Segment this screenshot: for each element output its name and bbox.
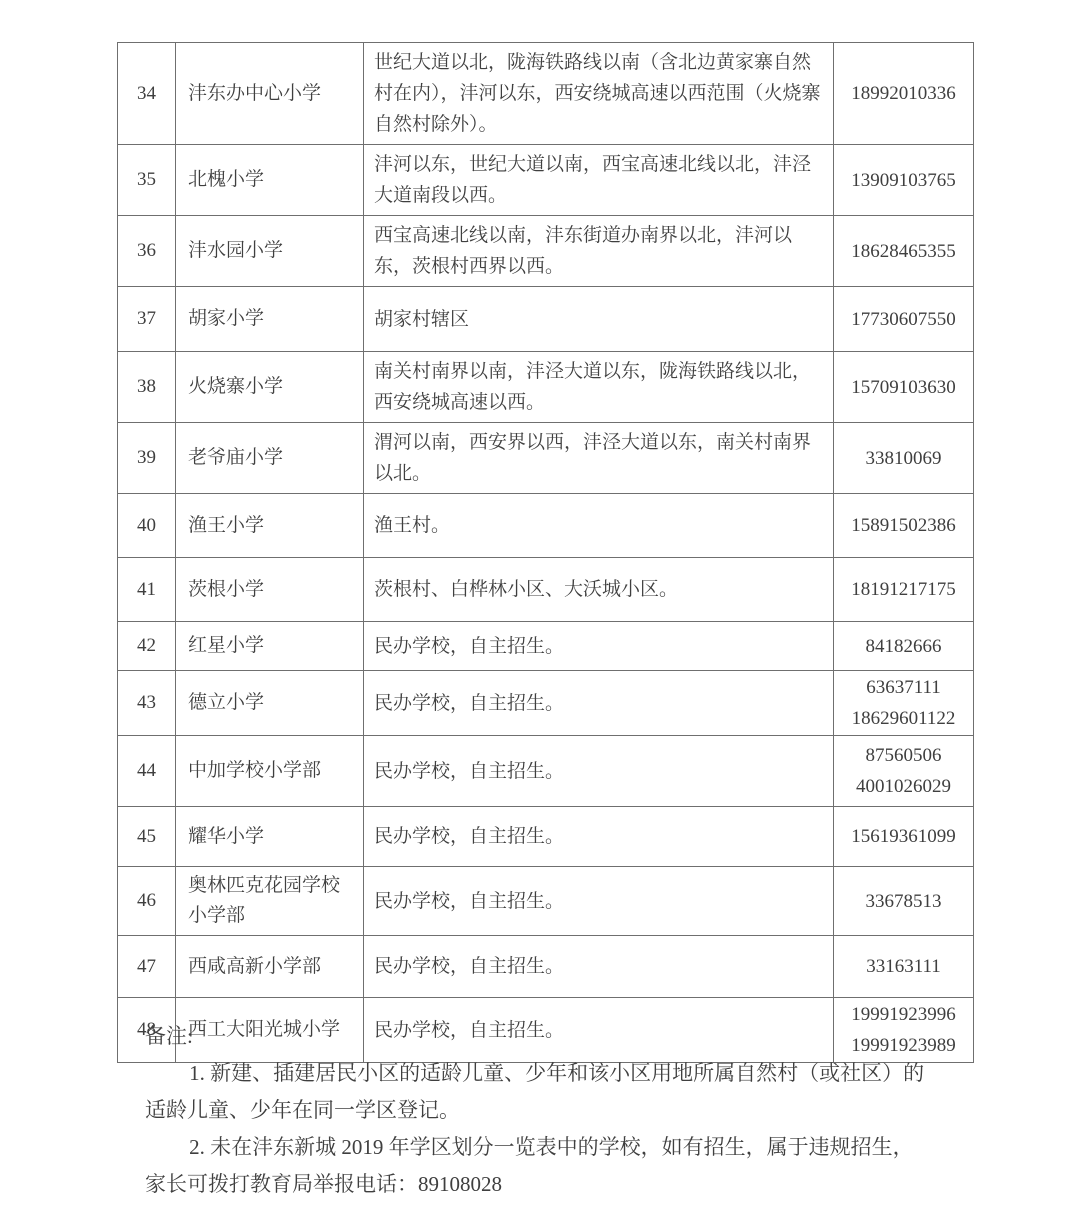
school-name-cell: 沣东办中心小学 xyxy=(176,43,364,145)
phone-number: 15709103630 xyxy=(835,372,972,403)
phone-cell: 13909103765 xyxy=(834,145,974,216)
district-scope-cell: 民办学校，自主招生。 xyxy=(364,807,834,867)
table-row: 47西咸高新小学部民办学校，自主招生。33163111 xyxy=(118,936,974,998)
phone-cell: 875605064001026029 xyxy=(834,736,974,807)
row-number-cell: 46 xyxy=(118,867,176,936)
district-scope-cell: 沣河以东，世纪大道以南，西宝高速北线以北，沣泾大道南段以西。 xyxy=(364,145,834,216)
school-name-cell: 火烧寨小学 xyxy=(176,352,364,423)
notes-section: 备注: 1. 新建、插建居民小区的适龄儿童、少年和该小区用地所属自然村（或社区）… xyxy=(145,1018,927,1203)
school-name-cell: 北槐小学 xyxy=(176,145,364,216)
table-row: 40渔王小学渔王村。15891502386 xyxy=(118,494,974,558)
phone-number: 13909103765 xyxy=(835,165,972,196)
district-scope-cell: 世纪大道以北，陇海铁路线以南（含北边黄家寨自然村在内），沣河以东，西安绕城高速以… xyxy=(364,43,834,145)
phone-number: 18992010336 xyxy=(835,78,972,109)
phone-cell: 18992010336 xyxy=(834,43,974,145)
district-scope-cell: 南关村南界以南，沣泾大道以东，陇海铁路线以北，西安绕城高速以西。 xyxy=(364,352,834,423)
phone-cell: 33163111 xyxy=(834,936,974,998)
school-name-cell: 胡家小学 xyxy=(176,287,364,352)
phone-number: 87560506 xyxy=(835,740,972,771)
row-number-cell: 45 xyxy=(118,807,176,867)
table-row: 46奥林匹克花园学校小学部民办学校，自主招生。33678513 xyxy=(118,867,974,936)
table-row: 37胡家小学胡家村辖区17730607550 xyxy=(118,287,974,352)
phone-number: 4001026029 xyxy=(835,771,972,802)
phone-cell: 15891502386 xyxy=(834,494,974,558)
school-name-cell: 德立小学 xyxy=(176,671,364,736)
district-scope-cell: 民办学校，自主招生。 xyxy=(364,622,834,671)
table-row: 42红星小学民办学校，自主招生。84182666 xyxy=(118,622,974,671)
school-table-body: 34沣东办中心小学世纪大道以北，陇海铁路线以南（含北边黄家寨自然村在内），沣河以… xyxy=(118,43,974,1063)
school-name-cell: 中加学校小学部 xyxy=(176,736,364,807)
document-page: 34沣东办中心小学世纪大道以北，陇海铁路线以南（含北边黄家寨自然村在内），沣河以… xyxy=(0,0,1080,1227)
phone-number: 18191217175 xyxy=(835,574,972,605)
table-row: 43德立小学民办学校，自主招生。6363711118629601122 xyxy=(118,671,974,736)
school-district-table: 34沣东办中心小学世纪大道以北，陇海铁路线以南（含北边黄家寨自然村在内），沣河以… xyxy=(117,42,974,1063)
phone-cell: 18191217175 xyxy=(834,558,974,622)
phone-cell: 33678513 xyxy=(834,867,974,936)
table-row: 41茨根小学茨根村、白桦林小区、大沃城小区。18191217175 xyxy=(118,558,974,622)
school-name-cell: 西咸高新小学部 xyxy=(176,936,364,998)
district-scope-cell: 胡家村辖区 xyxy=(364,287,834,352)
district-scope-cell: 民办学校，自主招生。 xyxy=(364,936,834,998)
school-name-cell: 渔王小学 xyxy=(176,494,364,558)
notes-title: 备注: xyxy=(145,1018,927,1055)
note-item: 1. 新建、插建居民小区的适龄儿童、少年和该小区用地所属自然村（或社区）的适龄儿… xyxy=(145,1055,927,1129)
row-number-cell: 39 xyxy=(118,423,176,494)
phone-number: 84182666 xyxy=(835,631,972,662)
school-name-cell: 沣水园小学 xyxy=(176,216,364,287)
district-scope-cell: 茨根村、白桦林小区、大沃城小区。 xyxy=(364,558,834,622)
district-scope-cell: 渔王村。 xyxy=(364,494,834,558)
table-row: 36沣水园小学西宝高速北线以南，沣东街道办南界以北，沣河以东，茨根村西界以西。1… xyxy=(118,216,974,287)
table-row: 44中加学校小学部民办学校，自主招生。875605064001026029 xyxy=(118,736,974,807)
district-scope-cell: 渭河以南，西安界以西，沣泾大道以东，南关村南界以北。 xyxy=(364,423,834,494)
district-scope-cell: 民办学校，自主招生。 xyxy=(364,671,834,736)
note-item: 2. 未在沣东新城 2019 年学区划分一览表中的学校，如有招生，属于违规招生，… xyxy=(145,1129,927,1203)
school-name-cell: 奥林匹克花园学校小学部 xyxy=(176,867,364,936)
row-number-cell: 37 xyxy=(118,287,176,352)
row-number-cell: 43 xyxy=(118,671,176,736)
row-number-cell: 36 xyxy=(118,216,176,287)
phone-number: 33810069 xyxy=(835,443,972,474)
table-row: 45耀华小学民办学校，自主招生。15619361099 xyxy=(118,807,974,867)
phone-number: 18628465355 xyxy=(835,236,972,267)
phone-cell: 18628465355 xyxy=(834,216,974,287)
district-scope-cell: 民办学校，自主招生。 xyxy=(364,736,834,807)
phone-cell: 33810069 xyxy=(834,423,974,494)
row-number-cell: 34 xyxy=(118,43,176,145)
phone-number: 15891502386 xyxy=(835,510,972,541)
phone-cell: 15709103630 xyxy=(834,352,974,423)
row-number-cell: 41 xyxy=(118,558,176,622)
table-row: 35北槐小学沣河以东，世纪大道以南，西宝高速北线以北，沣泾大道南段以西。1390… xyxy=(118,145,974,216)
school-name-cell: 耀华小学 xyxy=(176,807,364,867)
phone-cell: 84182666 xyxy=(834,622,974,671)
school-name-cell: 老爷庙小学 xyxy=(176,423,364,494)
phone-cell: 6363711118629601122 xyxy=(834,671,974,736)
phone-number: 15619361099 xyxy=(835,821,972,852)
notes-list: 1. 新建、插建居民小区的适龄儿童、少年和该小区用地所属自然村（或社区）的适龄儿… xyxy=(145,1055,927,1203)
school-name-cell: 红星小学 xyxy=(176,622,364,671)
row-number-cell: 47 xyxy=(118,936,176,998)
row-number-cell: 35 xyxy=(118,145,176,216)
phone-cell: 15619361099 xyxy=(834,807,974,867)
table-row: 39老爷庙小学渭河以南，西安界以西，沣泾大道以东，南关村南界以北。3381006… xyxy=(118,423,974,494)
phone-number: 17730607550 xyxy=(835,304,972,335)
phone-number: 18629601122 xyxy=(835,703,972,734)
row-number-cell: 44 xyxy=(118,736,176,807)
district-scope-cell: 民办学校，自主招生。 xyxy=(364,867,834,936)
phone-number: 33678513 xyxy=(835,886,972,917)
table-row: 38火烧寨小学南关村南界以南，沣泾大道以东，陇海铁路线以北，西安绕城高速以西。1… xyxy=(118,352,974,423)
school-name-cell: 茨根小学 xyxy=(176,558,364,622)
row-number-cell: 42 xyxy=(118,622,176,671)
phone-cell: 17730607550 xyxy=(834,287,974,352)
row-number-cell: 38 xyxy=(118,352,176,423)
phone-number: 33163111 xyxy=(835,951,972,982)
phone-number: 63637111 xyxy=(835,672,972,703)
table-row: 34沣东办中心小学世纪大道以北，陇海铁路线以南（含北边黄家寨自然村在内），沣河以… xyxy=(118,43,974,145)
district-scope-cell: 西宝高速北线以南，沣东街道办南界以北，沣河以东，茨根村西界以西。 xyxy=(364,216,834,287)
row-number-cell: 40 xyxy=(118,494,176,558)
